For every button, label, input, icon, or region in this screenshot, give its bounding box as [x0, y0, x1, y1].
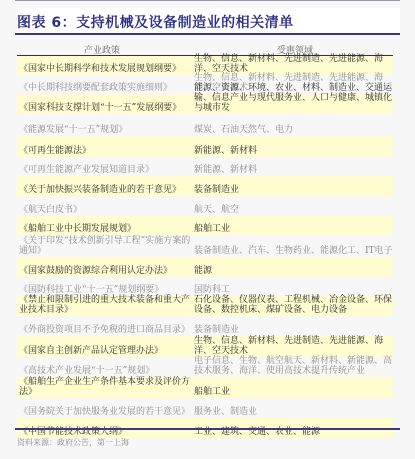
- table-row: 《国务院关于加快服务业发展的若干意见》服务业、制造业: [17, 398, 393, 418]
- title-rule: [15, 33, 400, 35]
- sectors-cell: 能源: [194, 266, 393, 277]
- source-note: 资料来源：政府公告，第一上海: [17, 437, 129, 448]
- sectors-cell: 船舶工业: [194, 387, 393, 398]
- table-row: 《关于印发“技术创新引导工程”实施方案的通知》装备制造业、汽车、生物药业、能源化…: [17, 235, 393, 257]
- table-row: 《禁止和限制引进的重大技术装备和重大产业技术目录》石化设备、仪器仪表、工程机械、…: [17, 296, 393, 316]
- policy-cell: 《关于印发“技术创新引导工程”实施方案的通知》: [17, 236, 194, 257]
- policy-cell: 《国家中长期科学和技术发展规划纲要》: [17, 64, 194, 75]
- figure-title: 图表 6：支持机械及设备制造业的相关清单: [17, 12, 294, 32]
- sectors-cell: 装备制造业: [194, 325, 393, 336]
- table-row: 《可再生能源产业发展知道目录》新能源、新材料: [17, 157, 393, 176]
- sectors-cell: 能源、资源、环境、农业、材料、制造业、交通运输、信息产业与现代服务业、人口与健康…: [194, 83, 393, 114]
- table-row: 《船舶工业中长期发展规划》船舶工业: [17, 216, 393, 235]
- sectors-cell: 新能源、新材料: [194, 165, 393, 176]
- policy-cell: 《船舶生产企业生产条件基本要求及评价方法》: [17, 377, 194, 398]
- sectors-cell: 生物、信息、新材料、先进制造、先进能源、海洋、空天技术: [194, 336, 393, 357]
- sectors-cell: 装备制造业、汽车、生物药业、能源化工、IT电子: [194, 246, 393, 257]
- table-row: 《外商投资项目不予免税的进口商品目录》装备制造业: [17, 316, 393, 336]
- policy-cell: 《可再生能源法》: [17, 146, 194, 157]
- table-row: 《国家鼓励的资源综合利用认定办法》能源: [17, 257, 393, 277]
- table-row: 《关于加快振兴装备制造业的若干意见》装备制造业: [17, 176, 393, 196]
- policy-cell: 《国家科技支撑计划“十一五”发展纲要》: [17, 103, 194, 114]
- table-row: 《国家科技支撑计划“十一五”发展纲要》能源、资源、环境、农业、材料、制造业、交通…: [17, 94, 393, 114]
- sectors-cell: 航天、航空: [194, 205, 393, 216]
- sectors-cell: 电子信息、生物、航空航天、新材料、新能源、高技术服务、海洋、使用高技术提升传统产…: [194, 356, 393, 377]
- policy-cell: 《船舶工业中长期发展规划》: [17, 224, 194, 235]
- policy-cell: 《中长期科技纲要配套政策实施细则》: [17, 83, 194, 94]
- policy-cell: 《国家鼓励的资源综合利用认定办法》: [17, 266, 194, 277]
- policy-cell: 《外商投资项目不予免税的进口商品目录》: [17, 325, 194, 336]
- sectors-cell: 服务业、制造业: [194, 407, 393, 418]
- table-body: 《国家中长期科学和技术发展规划纲要》生物、信息、新材料、先进制造、先进能源、海洋…: [17, 56, 393, 438]
- table-row: 《航天白皮书》航天、航空: [17, 196, 393, 216]
- top-rule: [15, 0, 400, 1]
- table-row: 《船舶生产企业生产条件基本要求及评价方法》船舶工业: [17, 377, 393, 398]
- policy-cell: 《可再生能源产业发展知道目录》: [17, 165, 194, 176]
- policy-cell: 《禁止和限制引进的重大技术装备和重大产业技术目录》: [17, 295, 194, 316]
- sectors-cell: 船舶工业: [194, 224, 393, 235]
- table-row: 《国家自主创新产品认定管理办法》生物、信息、新材料、先进制造、先进能源、海洋、空…: [17, 336, 393, 357]
- table-row: 《可再生能源法》新能源、新材料: [17, 136, 393, 157]
- policy-cell: 《国家自主创新产品认定管理办法》: [17, 346, 194, 357]
- sectors-cell: 新能源、新材料: [194, 146, 393, 157]
- policy-cell: 《高技术产业发展“十一五”规划》: [17, 366, 194, 377]
- table-row: 《能源发展“十一五”规划》煤炭、石油天然气、电力: [17, 114, 393, 136]
- table-row: 《高技术产业发展“十一五”规划》电子信息、生物、航空航天、新材料、新能源、高技术…: [17, 357, 393, 377]
- sectors-cell: 生物、信息、新材料、先进制造、先进能源、海洋、空天技术: [194, 54, 393, 75]
- policy-cell: 《航天白皮书》: [17, 205, 194, 216]
- sectors-cell: 石化设备、仪器仪表、工程机械、冶金设备、环保设备、数控机床、煤矿设备、电力设备: [194, 295, 393, 316]
- sectors-cell: 煤炭、石油天然气、电力: [194, 125, 393, 136]
- policy-cell: 《国务院关于加快服务业发展的若干意见》: [17, 407, 194, 418]
- policy-cell: 《能源发展“十一五”规划》: [17, 125, 194, 136]
- bottom-rule: [15, 428, 400, 430]
- policy-cell: 《关于加快振兴装备制造业的若干意见》: [17, 185, 194, 196]
- table-row: 《国防科技工业“十一五”规划纲要》国防科工: [17, 277, 393, 296]
- sectors-cell: 装备制造业: [194, 185, 393, 196]
